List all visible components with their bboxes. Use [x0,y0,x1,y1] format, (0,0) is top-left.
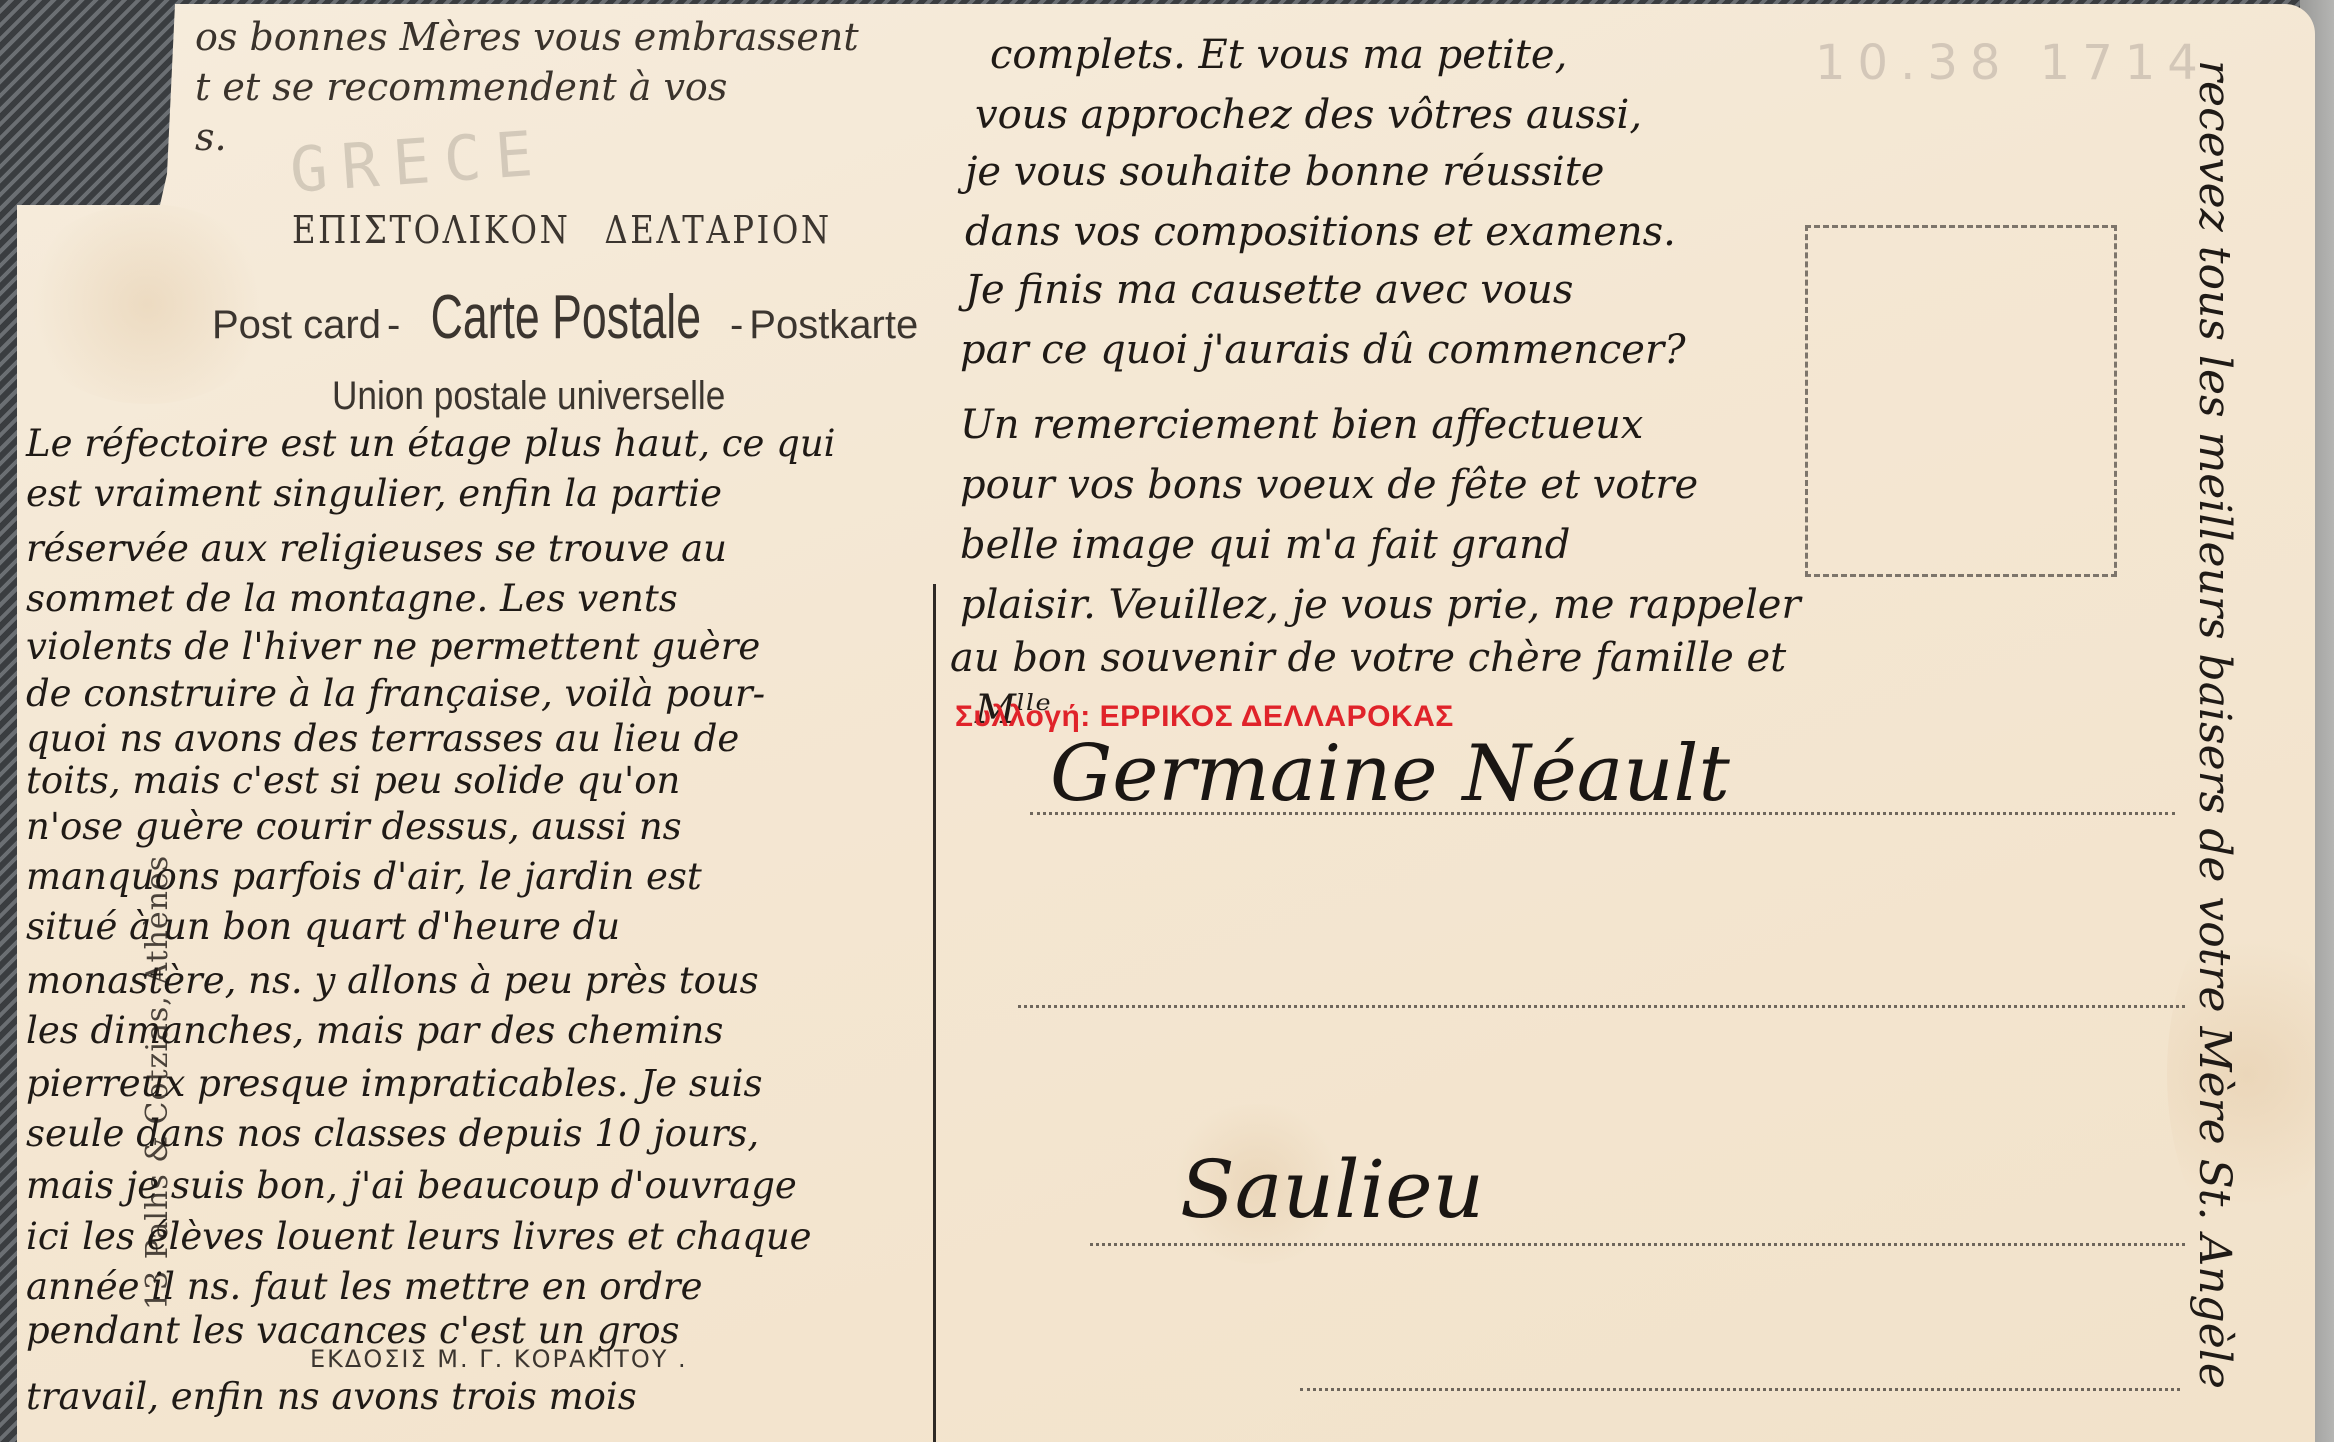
center-divider [933,584,936,1442]
message-line: réservée aux religieuses se trouve au [26,530,727,567]
message-line: toits, mais c'est si peu solide qu'on [26,762,680,799]
pencil-note: 10.38 1714 [1815,35,2210,91]
greek-title-part1: ΕΠΙΣΤΟΛΙΚΟΝ [292,208,570,252]
stamp-box [1805,225,2117,577]
message-line: travail, enfin ns avons trois mois [26,1378,637,1415]
message-line: est vraiment singulier, enfin la partie [26,475,722,512]
carte-postale-label: Carte Postale [431,282,701,353]
greek-title-part2: ΔΕΛΤΑΡΙΟΝ [604,208,831,252]
message-line: Je finis ma causette avec vous [965,270,1573,310]
address-line-3 [1090,1243,2185,1246]
message-line: manquons parfois d'air, le jardin est [26,858,702,895]
message-line: année il ns. faut les mettre en ordre [26,1268,703,1305]
dash: - [730,303,743,348]
address-line-2 [1018,1005,2185,1008]
message-line: Un remerciement bien affectueux [960,405,1643,445]
address-line-4 [1300,1388,2180,1391]
message-line: situé à un bon quart d'heure du [26,908,620,945]
message-line: vous approchez des vôtres aussi, [975,95,1642,135]
message-line: complets. Et vous ma petite, [990,35,1567,75]
message-line: seule dans nos classes depuis 10 jours, [26,1115,759,1152]
collection-watermark: Συλλογή: ΕΡΡΙΚΟΣ ΔΕΛΛΑΡΟΚΑΣ [955,700,1454,734]
message-line: ici les élèves louent leurs livres et ch… [26,1218,812,1255]
message-line: pierreux presque impraticables. Je suis [26,1065,762,1102]
message-line: les dimanches, mais par des chemins [26,1012,723,1049]
message-line: mais je suis bon, j'ai beaucoup d'ouvrag… [26,1167,797,1204]
printed-union-postale: Union postale universelle [332,374,725,419]
message-line: dans vos compositions et examens. [965,212,1676,252]
message-line: de construire à la française, voilà pour… [26,675,765,712]
post-card-label: Post card [212,303,381,347]
message-line: belle image qui m'a fait grand [960,525,1570,565]
message-line: pendant les vacances c'est un gros [26,1312,680,1349]
postkarte-label: Postkarte [749,303,918,347]
dash: - [387,303,400,348]
message-line: par ce quoi j'aurais dû commencer? [960,330,1686,370]
message-line: Le réfectoire est un étage plus haut, ce… [26,425,835,462]
side-note-vertical: recevez tous les meilleurs baisers de vo… [2189,60,2240,1389]
message-line: je vous souhaite bonne réussite [965,152,1604,192]
message-line: quoi ns avons des terrasses au lieu de [26,720,739,757]
address-name: Germaine Néault [1050,735,1730,813]
handwriting-top-left-line: s. [195,118,227,156]
printed-postcard-heading: Post card-Carte Postale-Postkarte [212,282,918,353]
printed-greek-title: ΕΠΙΣΤΟΛΙΚΟΝΔΕΛΤΑΡΙΟΝ [292,208,832,252]
message-line: n'ose guère courir dessus, aussi ns [26,808,682,845]
handwriting-top-left-line: t et se recommendent à vos [195,68,727,106]
handwriting-top-left-line: os bonnes Mères vous embrassent [195,18,859,56]
message-line: monastère, ns. y allons à peu près tous [26,962,759,999]
message-line: au bon souvenir de votre chère famille e… [950,638,1786,678]
address-city: Saulieu [1180,1150,1484,1230]
message-line: violents de l'hiver ne permettent guère [26,628,760,665]
message-line: plaisir. Veuillez, je vous prie, me rapp… [960,585,1801,625]
message-line: sommet de la montagne. Les vents [26,580,678,617]
message-line: pour vos bons voeux de fête et votre [960,465,1698,505]
